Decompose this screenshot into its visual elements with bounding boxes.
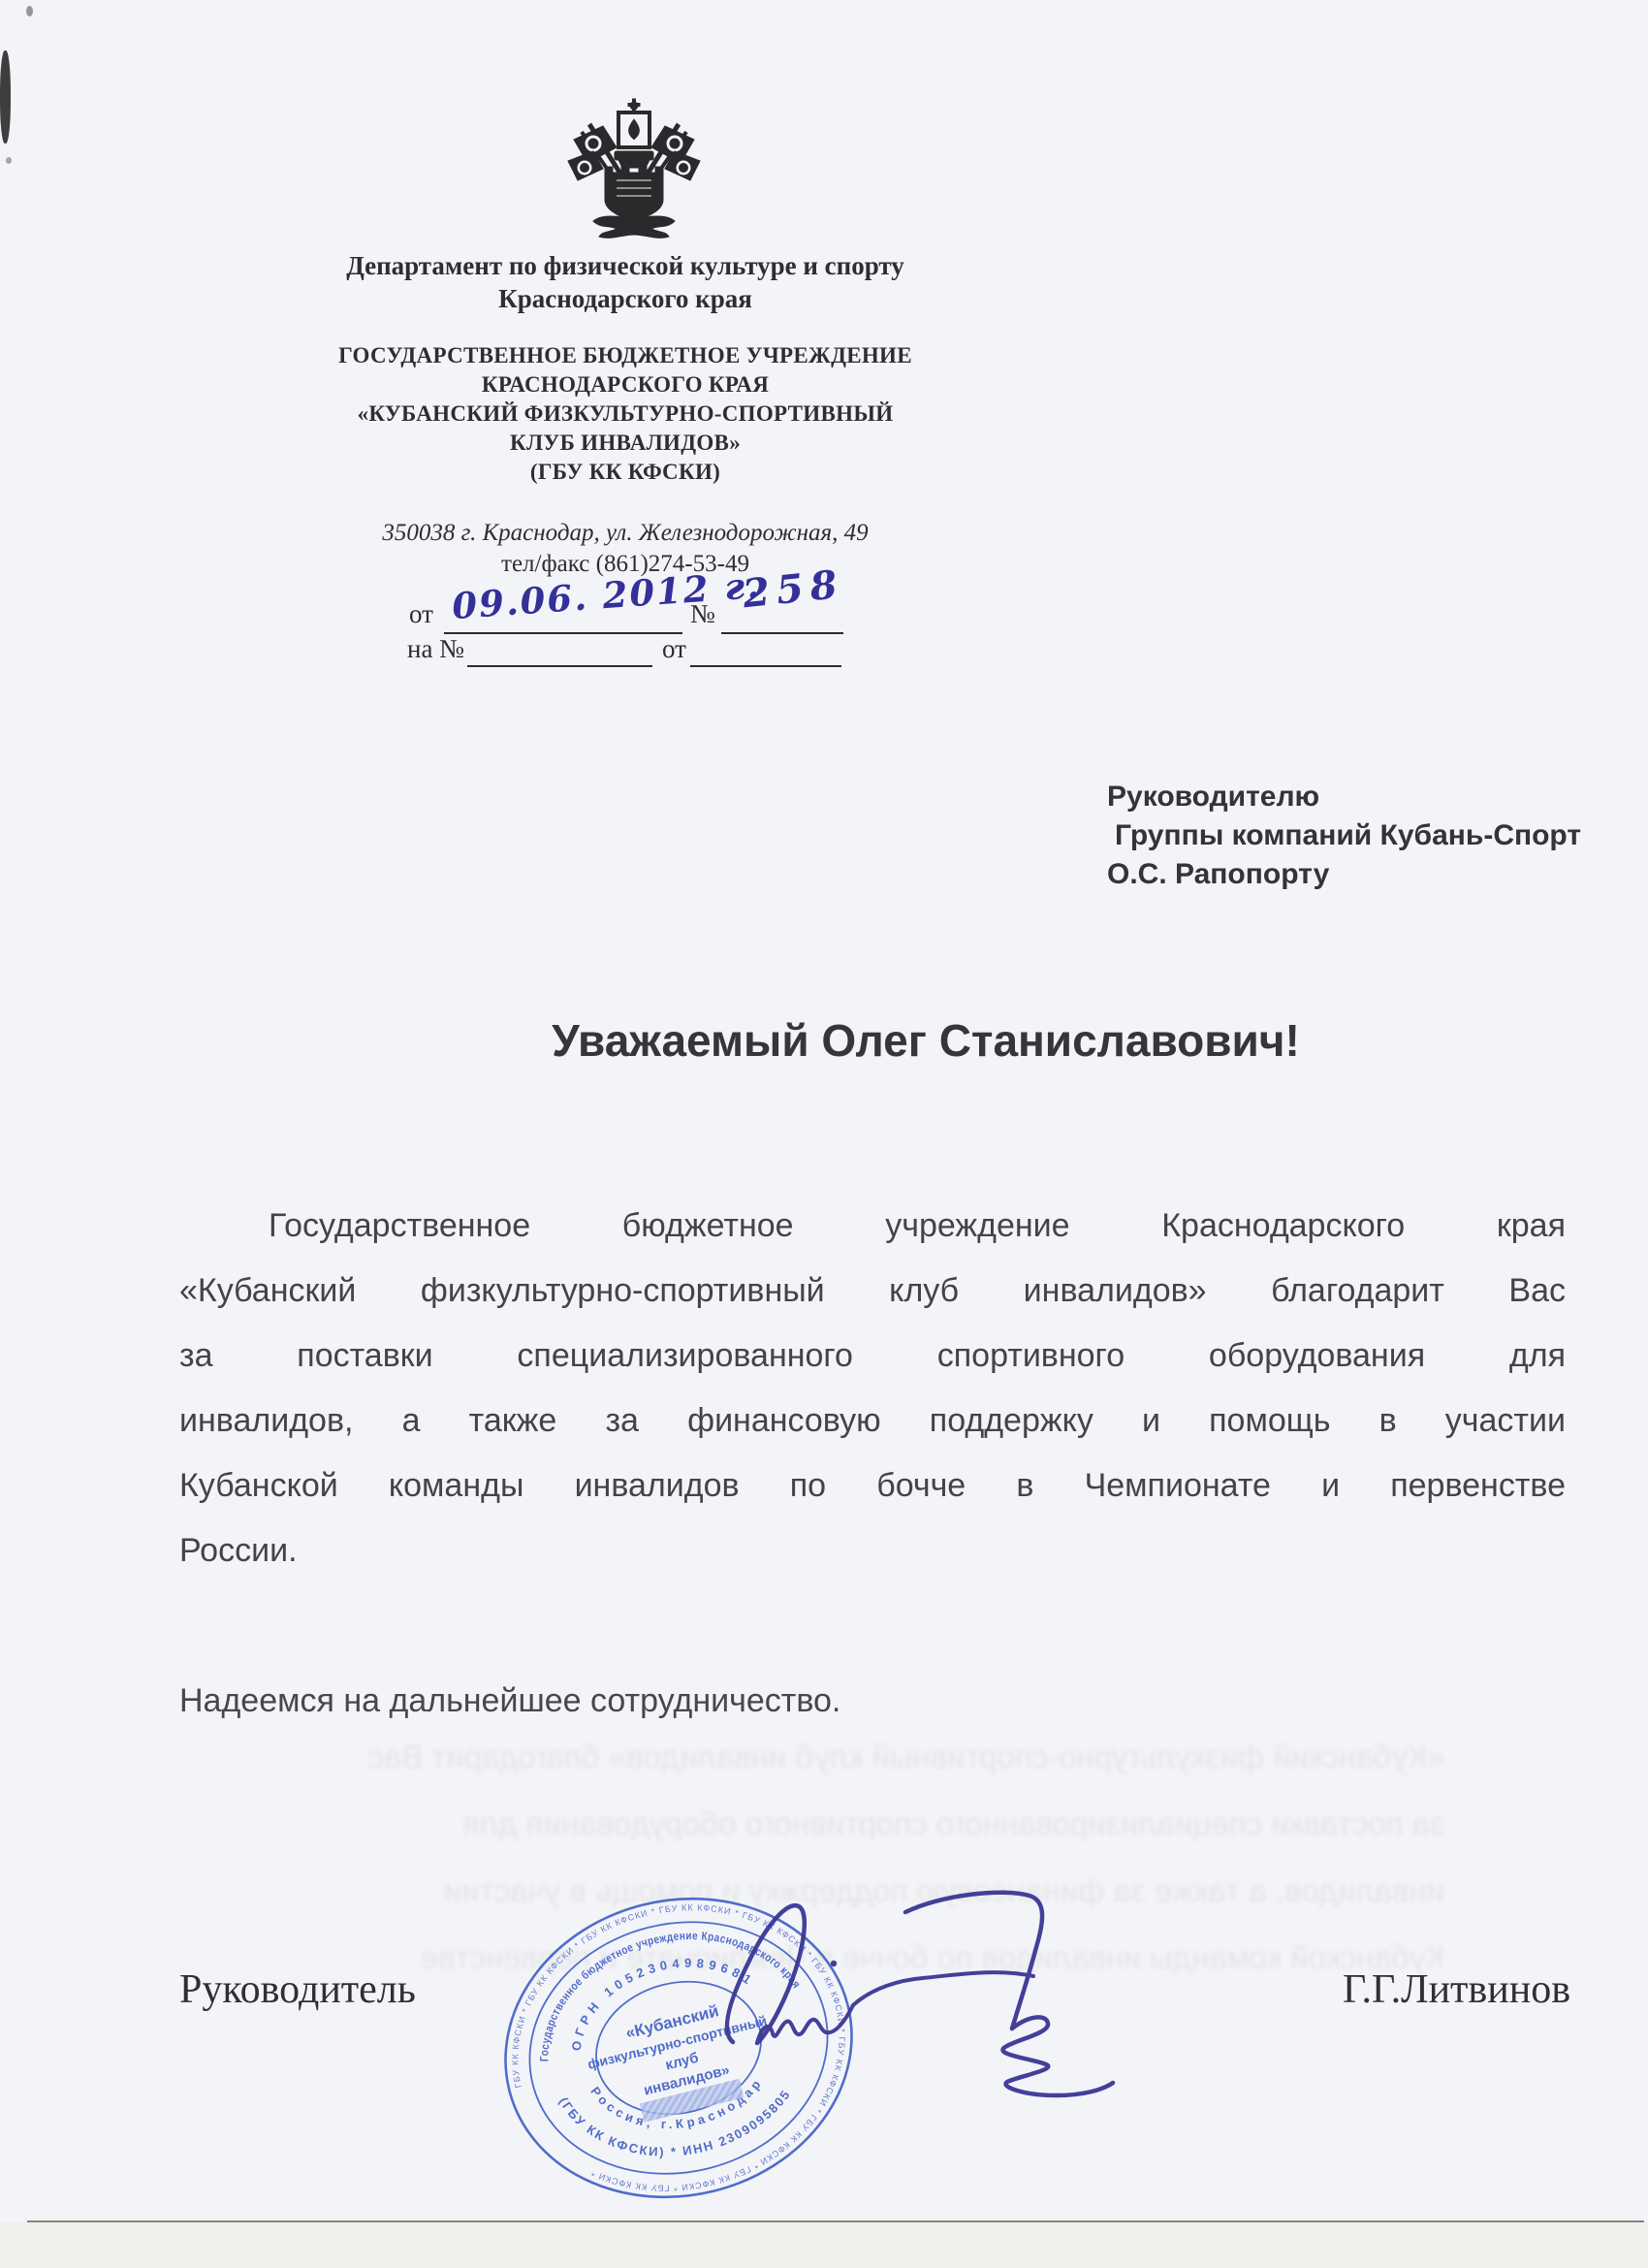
body-line: России. [179, 1532, 1566, 1597]
org-name-line2: КРАСНОДАРСКОГО КРАЯ [145, 370, 1105, 399]
signatory-name: Г.Г.Литвинов [1343, 1966, 1570, 2013]
recipient-name: О.С. Рапопорту [1107, 855, 1611, 894]
recipient-title: Руководителю [1107, 778, 1611, 816]
scan-artifact [26, 6, 33, 16]
handwritten-signature [679, 1862, 1163, 2124]
org-name-line1: ГОСУДАРСТВЕННОЕ БЮДЖЕТНОЕ УЧРЕЖДЕНИЕ [145, 341, 1105, 370]
ref-reply-from-label: от [662, 634, 686, 664]
ref-reply-number-line [467, 636, 652, 667]
recipient-block: Руководителю Группы компаний Кубань-Спор… [1107, 778, 1611, 894]
ref-reply-label: на № [407, 634, 464, 664]
body-line: инвалидов, а также за финансовую поддерж… [179, 1402, 1566, 1467]
closing-line: Надеемся на дальнейшее сотрудничество. [179, 1682, 1566, 1720]
ref-reply-date-line [690, 636, 841, 667]
ref-number-label: № [690, 599, 715, 629]
coat-of-arms-krasnodar [560, 97, 708, 240]
org-abbreviation: (ГБУ КК КФСКИ) [145, 458, 1105, 487]
org-name-line3: «КУБАНСКИЙ ФИЗКУЛЬТУРНО-СПОРТИВНЫЙ [145, 399, 1105, 429]
department-name-line1: Департамент по физической культуре и спо… [145, 250, 1105, 282]
body-line: Кубанской команды инвалидов по бочче в Ч… [179, 1467, 1566, 1532]
scan-artifact [0, 50, 11, 144]
org-address: 350038 г. Краснодар, ул. Железнодорожная… [145, 518, 1105, 548]
salutation: Уважаемый Олег Станиславович! [233, 1014, 1619, 1067]
body-line: за поставки специализированного спортивн… [179, 1337, 1566, 1402]
page-bottom-edge [27, 2220, 1644, 2222]
bleed-through-text: за поставки специализированного спортивн… [165, 1805, 1444, 1844]
department-name-line2: Краснодарского края [145, 283, 1105, 315]
org-name-line4: КЛУБ ИНВАЛИДОВ» [145, 429, 1105, 458]
scan-artifact [6, 157, 12, 164]
bleed-through-text: «Кубанский физкультурно-спортивный клуб … [165, 1739, 1444, 1777]
scanned-letter-page: Департамент по физической культуре и спо… [0, 0, 1648, 2222]
body-line: «Кубанский физкультурно-спортивный клуб … [179, 1272, 1566, 1337]
recipient-company: Группы компаний Кубань-Спорт [1107, 816, 1611, 855]
signature-title: Руководитель [179, 1966, 416, 2013]
body-line: Государственное бюджетное учреждение Кра… [179, 1207, 1566, 1272]
ref-from-label: от [409, 599, 433, 629]
